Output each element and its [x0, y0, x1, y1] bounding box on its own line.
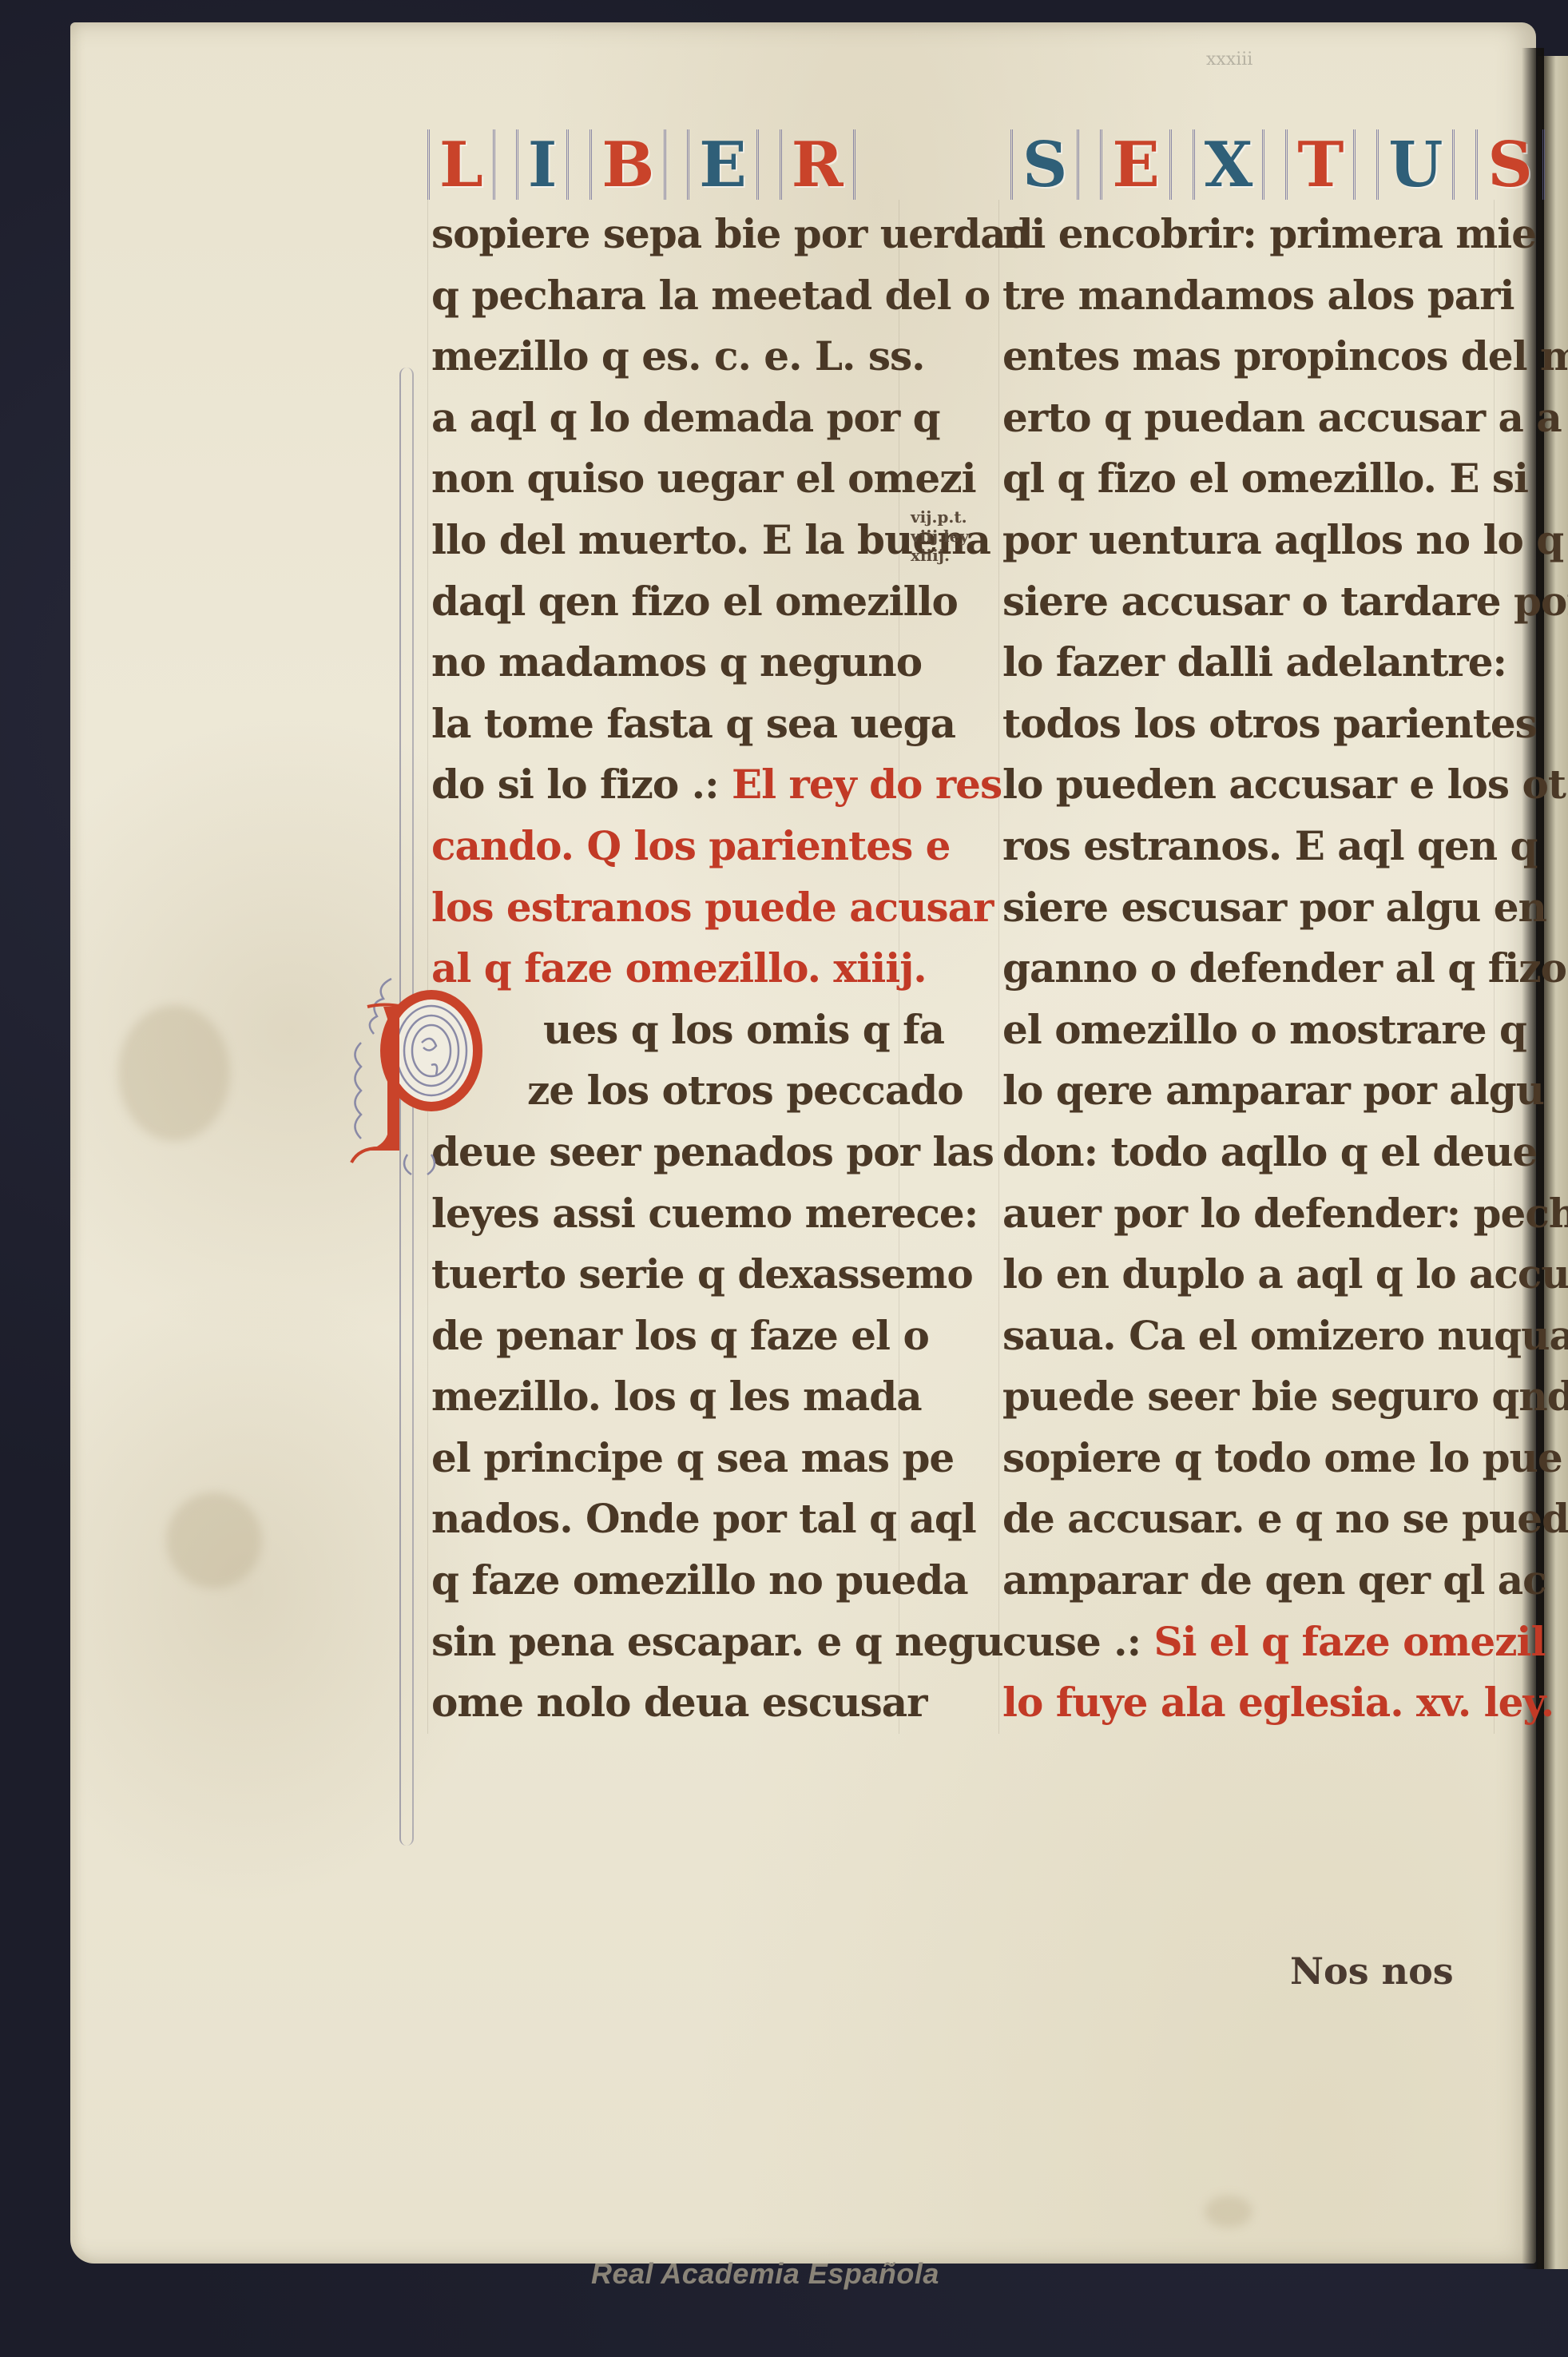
rubric-segment: El rey do res	[732, 761, 1002, 808]
text-line: ganno o defender al q fizo	[1002, 938, 1498, 1000]
text-line: ze los otros peccado	[431, 1060, 911, 1122]
running-head-left: L I B E R	[427, 104, 855, 200]
capital-letter: L	[427, 129, 495, 200]
text-line: llo del muerto. E la buena	[431, 510, 911, 571]
text-line: sin pena escapar. e q negu	[431, 1612, 911, 1673]
catchword: Nos nos	[1290, 1950, 1454, 1993]
text-line: non quiso uegar el omezi	[431, 448, 911, 510]
text-line: no madamos q neguno	[431, 632, 911, 694]
text-line: todos los otros parientes	[1002, 694, 1498, 755]
capital-letter: B	[589, 129, 666, 200]
rubric-line: cando. Q los parientes e	[431, 816, 911, 877]
text-line: lo fazer dalli adelantre:	[1002, 632, 1498, 694]
text-line: a aql q lo demada por q	[431, 388, 911, 449]
text-line: la tome fasta q sea uega	[431, 694, 911, 755]
capital-letter: E	[1100, 129, 1171, 200]
text-line: el omezillo o mostrare q	[1002, 1000, 1498, 1061]
text-line: siere escusar por algu en	[1002, 877, 1498, 939]
capital-letter: U	[1376, 129, 1455, 200]
folio-mark: xxxiii	[1206, 50, 1252, 70]
capital-letter: S	[1475, 129, 1544, 200]
marginal-note-line: xiiij.	[911, 546, 969, 565]
text-line: lo en duplo a aql q lo accu	[1002, 1244, 1498, 1306]
text-line: don: todo aqllo q el deue	[1002, 1122, 1498, 1183]
text-line: tuerto serie q dexassemo	[431, 1244, 911, 1306]
text-line: sopiere sepa bie por uerdad	[431, 204, 911, 265]
stain	[118, 1005, 230, 1141]
decorated-initial-p-icon	[343, 971, 503, 1186]
watermark: Real Academia Española	[591, 2257, 939, 2291]
capital-letter: T	[1285, 129, 1356, 200]
text-line: auer por lo defender: peche	[1002, 1183, 1498, 1245]
running-head-right: S E X T U S	[1010, 104, 1545, 200]
text-line: leyes assi cuemo merece:	[431, 1183, 911, 1245]
ruling-line	[427, 200, 428, 1734]
ruling-line	[998, 200, 999, 1734]
text-line-mixed: cuse .: Si el q faze omezil	[1002, 1612, 1498, 1673]
stain	[166, 1493, 262, 1588]
text-line: de penar los q faze el o	[431, 1306, 911, 1367]
text-line: mezillo. los q les mada	[431, 1366, 911, 1428]
rubric-segment: Si el q faze omezil	[1153, 1618, 1545, 1665]
capital-letter: I	[516, 129, 570, 200]
text-line: ql q fizo el omezillo. E si	[1002, 448, 1498, 510]
capital-letter: X	[1193, 129, 1265, 200]
text-line: siere accusar o tardare por	[1002, 571, 1498, 633]
text-line: saua. Ca el omizero nuqua	[1002, 1306, 1498, 1367]
text-line: q pechara la meetad del o	[431, 265, 911, 327]
text-line: ome nolo deua escusar	[431, 1672, 911, 1734]
rubric-line: lo fuye ala eglesia. xv. ley.	[1002, 1672, 1498, 1734]
text-line: amparar de qen qer ql ac	[1002, 1550, 1498, 1612]
marginal-note-line: viij.ley	[911, 527, 969, 546]
marginal-note: vij.p.t. viij.ley xiiij.	[911, 507, 969, 565]
text-segment: do si lo fizo .:	[431, 761, 719, 808]
text-segment: cuse .:	[1002, 1618, 1141, 1665]
text-line: q faze omezillo no pueda	[431, 1550, 911, 1612]
text-line-mixed: do si lo fizo .: El rey do res	[431, 754, 911, 816]
text-line: sopiere q todo ome lo pue	[1002, 1428, 1498, 1489]
capital-letter: E	[687, 129, 758, 200]
text-line: erto q puedan accusar a a	[1002, 388, 1498, 449]
text-line: por uentura aqllos no lo q	[1002, 510, 1498, 571]
rubric-line: al q faze omezillo. xiiij.	[431, 938, 911, 1000]
text-line: deue seer penados por las	[431, 1122, 911, 1183]
text-line: ni encobrir: primera mie	[1002, 204, 1498, 265]
capital-letter: R	[780, 129, 855, 200]
capital-letter: S	[1010, 129, 1079, 200]
text-line: nados. Onde por tal q aql	[431, 1489, 911, 1550]
text-line: lo pueden accusar e los ot	[1002, 754, 1498, 816]
text-line: puede seer bie seguro qndo	[1002, 1366, 1498, 1428]
text-line: mezillo q es. c. e. L. ss.	[431, 326, 911, 388]
text-line: el principe q sea mas pe	[431, 1428, 911, 1489]
text-line: tre mandamos alos pari	[1002, 265, 1498, 327]
rubric-line: los estranos puede acusar	[431, 877, 911, 939]
stain	[1205, 2196, 1252, 2228]
text-line: ues q los omis q fa	[431, 1000, 911, 1061]
text-line: entes mas propincos del mu	[1002, 326, 1498, 388]
text-column-left: sopiere sepa bie por uerdad q pechara la…	[431, 204, 911, 1734]
text-line: de accusar. e q no se puede	[1002, 1489, 1498, 1550]
text-line: lo qere amparar por algu	[1002, 1060, 1498, 1122]
text-line: ros estranos. E aql qen q	[1002, 816, 1498, 877]
text-column-right: ni encobrir: primera mie tre mandamos al…	[1002, 204, 1498, 1734]
marginal-note-line: vij.p.t.	[911, 507, 969, 527]
text-line: daql qen fizo el omezillo	[431, 571, 911, 633]
